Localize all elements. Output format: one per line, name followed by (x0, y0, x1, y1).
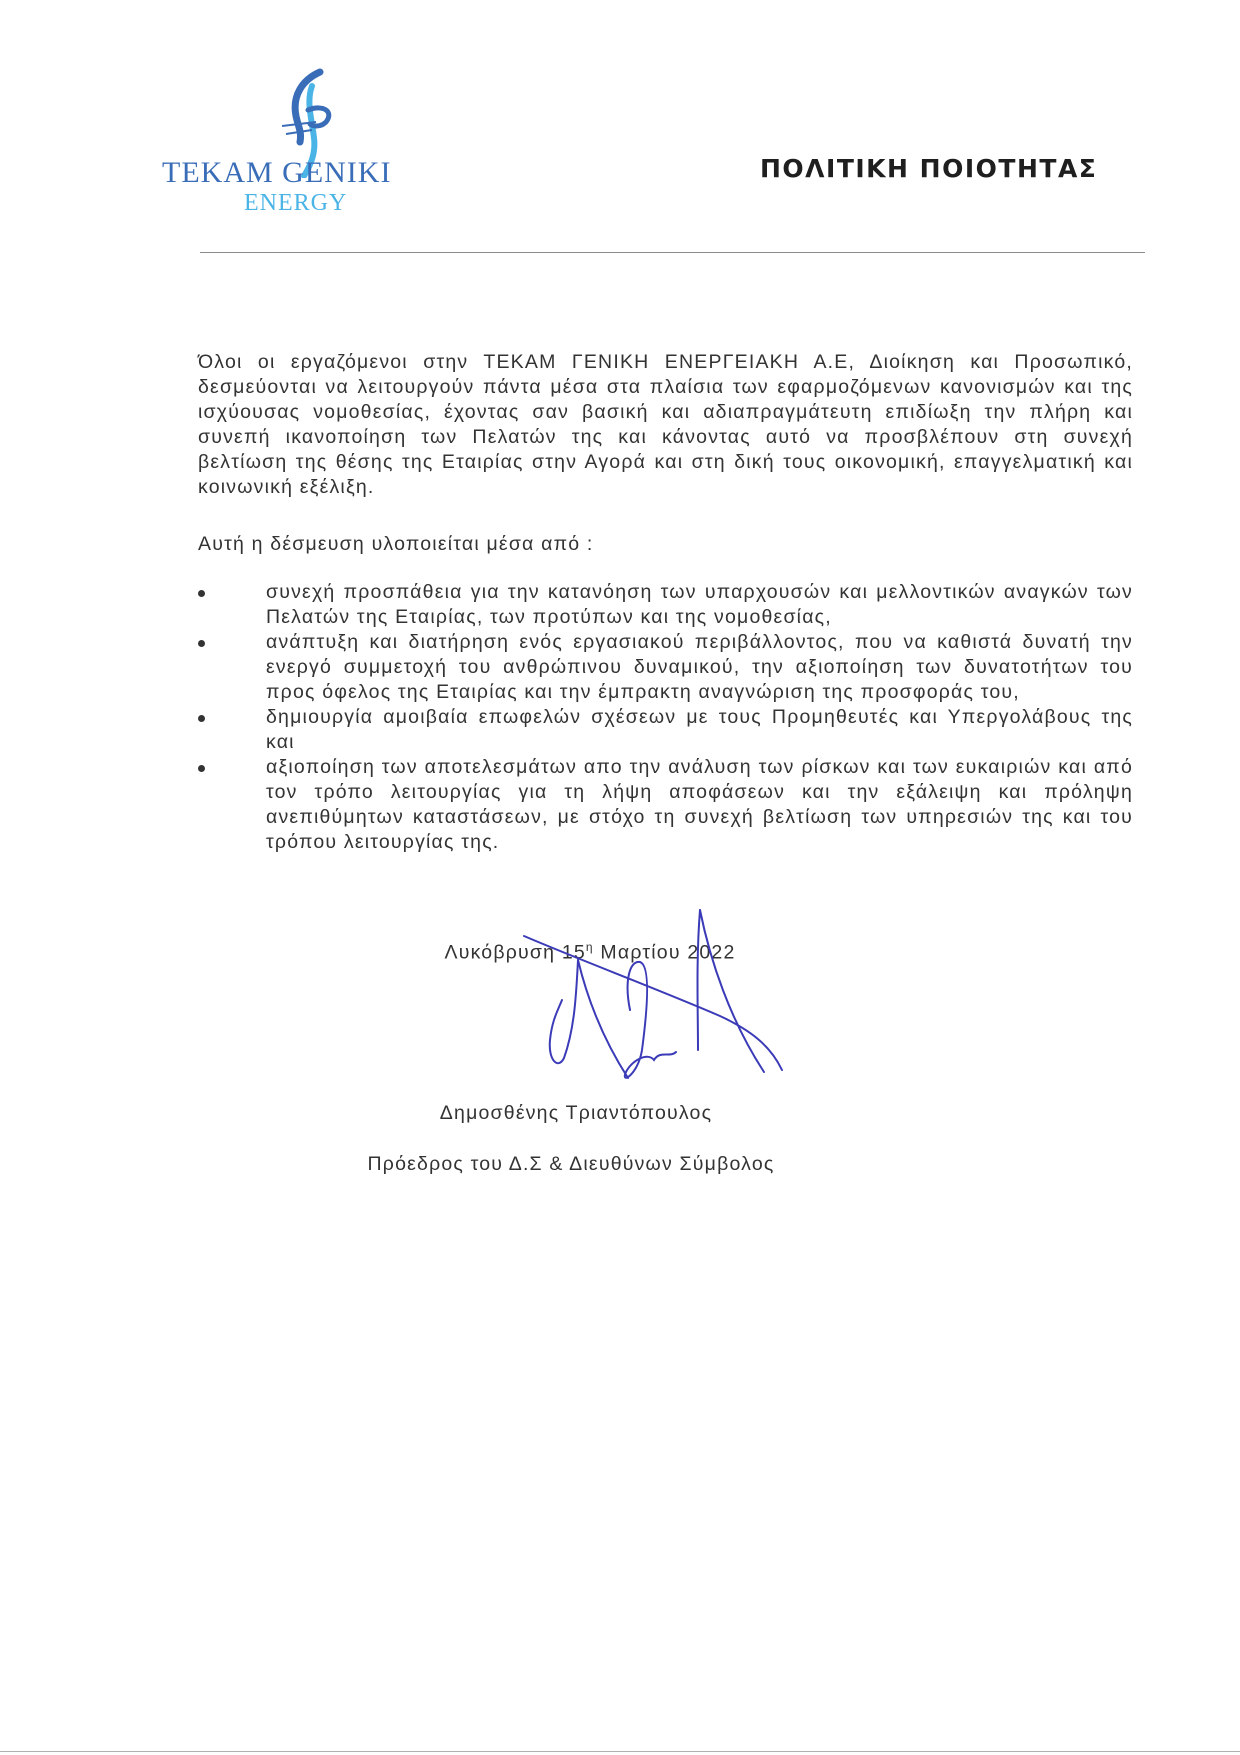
list-item: ανάπτυξη και διατήρηση ενός εργασιακού π… (198, 630, 1133, 705)
bullet-icon (198, 590, 205, 597)
bullet-icon (198, 765, 205, 772)
list-item-text: δημιουργία αμοιβαία επωφελών σχέσεων με … (266, 706, 1133, 753)
list-item: αξιοποίηση των αποτελεσμάτων απο την ανά… (198, 755, 1133, 855)
signatory-role: Πρόεδρος του Δ.Σ & Διευθύνων Σύμβολος (0, 1153, 1142, 1176)
day: 15 (562, 942, 586, 964)
logo-brand-name: TEKAM GENIKI (162, 156, 391, 190)
signatory-name: Δημοσθένης Τριαντόπουλος (0, 1102, 1152, 1125)
commitment-list: συνεχή προσπάθεια για την κατανόηση των … (198, 580, 1133, 855)
logo-brand-sub: ENERGY (244, 190, 347, 217)
commitment-intro: Αυτή η δέσμευση υλοποιείται μέσα από : (198, 532, 1133, 557)
page-bottom-edge (0, 1751, 1240, 1752)
list-item-text: αξιοποίηση των αποτελεσμάτων απο την ανά… (266, 756, 1133, 853)
document-title: ΠΟΛΙΤΙΚΗ ΠΟΙΟΤΗΤΑΣ (760, 154, 1097, 183)
month-year: Μαρτίου 2022 (600, 942, 735, 964)
company-logo: TEKAM GENIKI ENERGY (160, 68, 450, 228)
list-item: δημιουργία αμοιβαία επωφελών σχέσεων με … (198, 705, 1133, 755)
bullet-icon (198, 640, 205, 647)
header-divider (200, 252, 1145, 253)
bullet-icon (198, 715, 205, 722)
list-item: συνεχή προσπάθεια για την κατανόηση των … (198, 580, 1133, 630)
day-suffix: η (586, 940, 594, 954)
list-item-text: συνεχή προσπάθεια για την κατανόηση των … (266, 581, 1133, 628)
handwritten-signature-icon (520, 900, 840, 1120)
place: Λυκόβρυση (445, 942, 556, 964)
list-item-text: ανάπτυξη και διατήρηση ενός εργασιακού π… (266, 631, 1133, 703)
date-line: Λυκόβρυση 15η Μαρτίου 2022 (0, 940, 1180, 965)
policy-paragraph: Όλοι οι εργαζόμενοι στην ΤΕΚΑΜ ΓΕΝΙΚΗ ΕΝ… (198, 350, 1133, 500)
